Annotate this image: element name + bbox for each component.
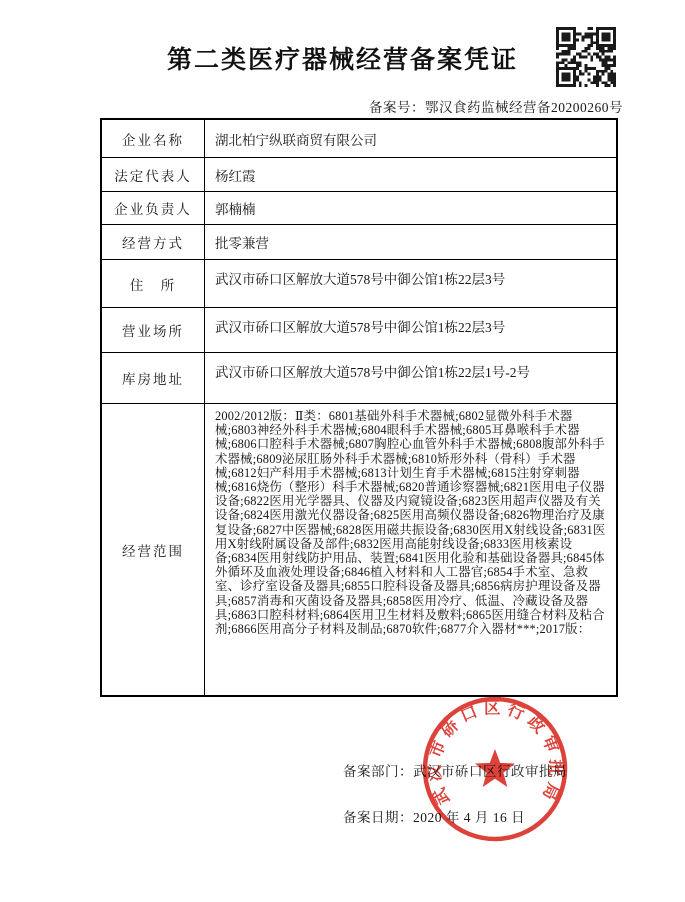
row-label: 住 所 (102, 260, 205, 307)
record-date: 备案日期：2020 年 4 月 16 日 (343, 806, 525, 826)
record-date-value: 2020 年 4 月 16 日 (413, 810, 525, 825)
row-label: 经营方式 (102, 225, 205, 259)
record-date-label: 备案日期： (343, 810, 413, 825)
row-value: 武汉市硚口区解放大道578号中御公馆1栋22层3号 (205, 260, 616, 307)
qr-code-icon (556, 27, 616, 87)
table-row-residence: 住 所 武汉市硚口区解放大道578号中御公馆1栋22层3号 (102, 259, 616, 307)
row-value: 批零兼营 (205, 225, 616, 259)
qr-code-image (556, 27, 616, 87)
table-row-business-premises: 营业场所 武汉市硚口区解放大道578号中御公馆1栋22层3号 (102, 307, 616, 352)
stamp-text: 武汉市硚口区行政审批局 (425, 698, 567, 807)
row-value: 杨红霞 (205, 158, 616, 191)
row-label: 经营范围 (102, 404, 205, 695)
table-row-company-manager: 企业负责人 郭楠楠 (102, 191, 616, 224)
row-label: 法定代表人 (102, 158, 205, 191)
table-row-warehouse-address: 库房地址 武汉市硚口区解放大道578号中御公馆1栋22层1号-2号 (102, 352, 616, 403)
row-value: 武汉市硚口区解放大道578号中御公馆1栋22层1号-2号 (205, 353, 616, 403)
row-value: 湖北柏宁纵联商贸有限公司 (205, 120, 616, 157)
row-label: 营业场所 (102, 308, 205, 352)
certificate-page: 第二类医疗器械经营备案凭证 备案号：鄂汉食药监械经营备20200260号 企业名… (0, 0, 685, 902)
record-number-value: 鄂汉食药监械经营备20200260号 (425, 100, 623, 115)
certificate-table: 企业名称 湖北柏宁纵联商贸有限公司 法定代表人 杨红霞 企业负责人 郭楠楠 经营… (100, 118, 618, 697)
record-department-label: 备案部门： (343, 764, 413, 779)
row-value: 郭楠楠 (205, 192, 616, 224)
table-row-business-mode: 经营方式 批零兼营 (102, 224, 616, 259)
table-row-business-scope: 经营范围 2002/2012版：Ⅱ类：6801基础外科手术器械;6802显微外科… (102, 403, 616, 695)
record-number-label: 备案号： (369, 100, 425, 115)
record-number: 备案号：鄂汉食药监械经营备20200260号 (369, 96, 623, 116)
row-value: 2002/2012版：Ⅱ类：6801基础外科手术器械;6802显微外科手术器械;… (205, 404, 616, 695)
row-label: 企业负责人 (102, 192, 205, 224)
record-department: 备案部门：武汉市硚口区行政审批局 (343, 760, 567, 780)
table-row-company-name: 企业名称 湖北柏宁纵联商贸有限公司 (102, 120, 616, 157)
record-department-value: 武汉市硚口区行政审批局 (413, 764, 567, 779)
table-row-legal-representative: 法定代表人 杨红霞 (102, 157, 616, 191)
row-label: 库房地址 (102, 353, 205, 403)
row-label: 企业名称 (102, 120, 205, 157)
row-value: 武汉市硚口区解放大道578号中御公馆1栋22层3号 (205, 308, 616, 352)
